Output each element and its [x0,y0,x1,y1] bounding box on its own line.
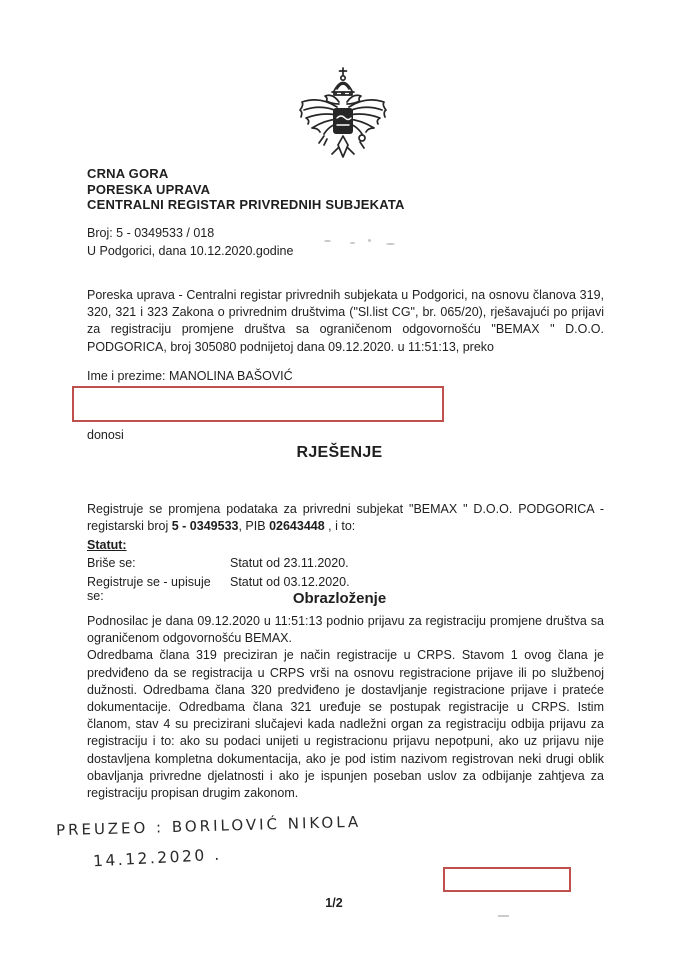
coat-of-arms-icon [294,66,392,168]
case-number: Broj: 5 - 0349533 / 018 [87,225,293,243]
redaction-box-signature [72,386,444,422]
institution-header: CRNA GORA PORESKA UPRAVA CENTRALNI REGIS… [87,166,405,213]
explanation-paragraph-2: Odredbama člana 319 preciziran je način … [87,647,604,802]
officer-name: MANOLINA BAŠOVIĆ [169,369,293,383]
header-agency: PORESKA UPRAVA [87,182,405,198]
pib-number: 02643448 [269,519,325,533]
row-value-old-statut: Statut od 23.11.2020. [230,556,507,570]
explanation-body: Podnosilac je dana 09.12.2020 u 11:51:13… [87,613,604,802]
statut-heading: Statut: [87,538,127,552]
explanation-title: Obrazloženje [0,590,679,607]
intro-paragraph: Poreska uprava - Centralni registar priv… [87,287,604,356]
decision-text-mid: , PIB [238,519,269,533]
page-number: 1/2 [0,896,668,910]
header-registry: CENTRALNI REGISTAR PRIVREDNIH SUBJEKATA [87,197,405,213]
decision-title: RJEŠENJE [0,444,679,462]
officer-label: Ime i prezime: [87,369,166,383]
scan-artifact [498,915,509,917]
decision-text-post: , i to: [325,519,356,533]
table-row: Briše se: Statut od 23.11.2020. [87,556,507,570]
place-and-date: U Podgorici, dana 10.12.2020.godine [87,243,293,261]
redaction-box-stamp [443,867,571,892]
explanation-paragraph-1: Podnosilac je dana 09.12.2020 u 11:51:13… [87,613,604,647]
registry-number: 5 - 0349533 [172,519,239,533]
header-country: CRNA GORA [87,166,405,182]
decision-paragraph: Registruje se promjena podataka za privr… [87,501,604,535]
document-page: CRNA GORA PORESKA UPRAVA CENTRALNI REGIS… [0,0,679,960]
handwritten-received-by: PREUZEO : BORILOVIĆ NIKOLA [56,813,362,840]
donosi-label: donosi [87,428,124,442]
handwritten-date: 14.12.2020 . [93,846,222,871]
row-label-brise-se: Briše se: [87,556,230,570]
officer-line: Ime i prezime: MANOLINA BAŠOVIĆ [87,369,293,383]
reference-block: Broj: 5 - 0349533 / 018 U Podgorici, dan… [87,225,293,260]
scan-artifact [320,239,402,247]
